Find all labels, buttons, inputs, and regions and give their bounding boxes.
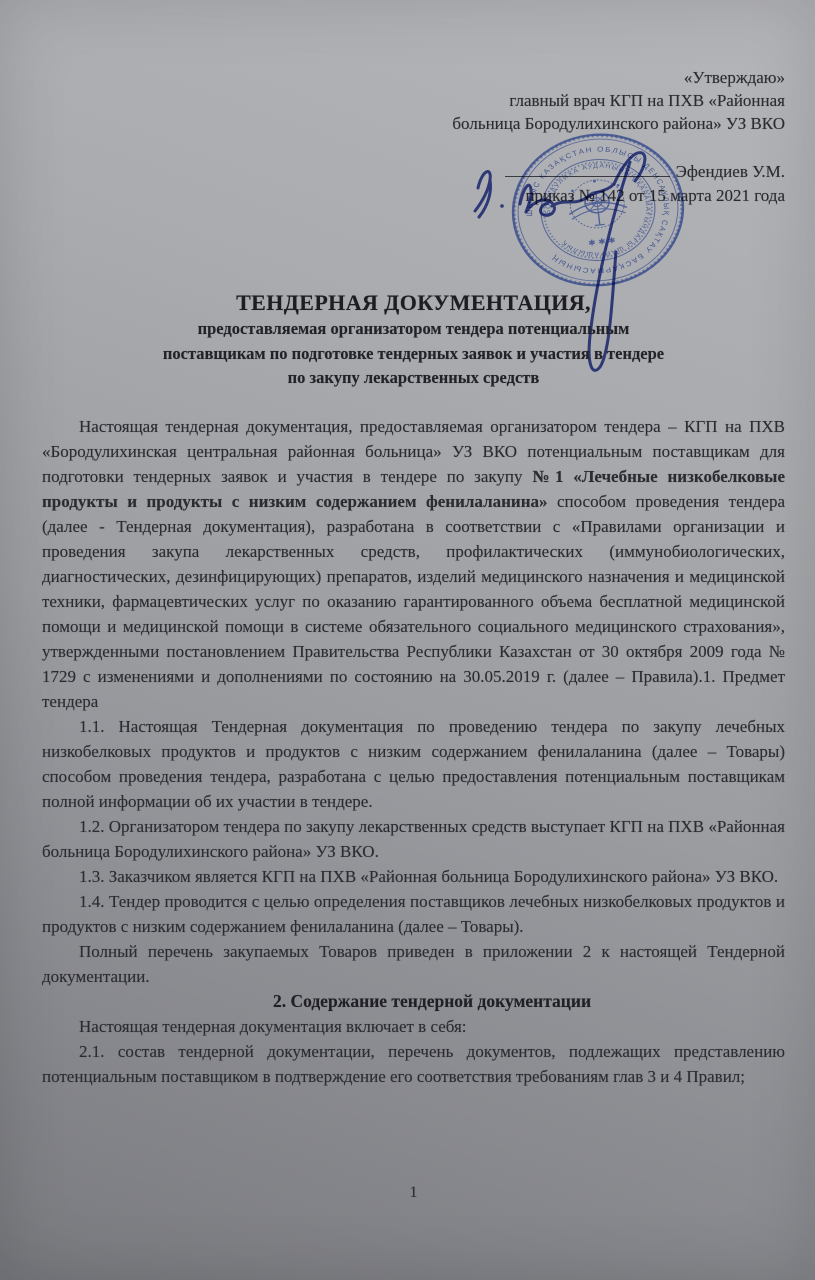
paragraph-full-list: Полный перечень закупаемых Товаров приве…: [42, 939, 785, 989]
approver-line-1: главный врач КГП на ПХВ «Районная: [355, 89, 785, 112]
paragraph-1-3: 1.3. Заказчиком является КГП на ПХВ «Рай…: [42, 864, 785, 889]
paragraph-2-1: 2.1. состав тендерной документации, пере…: [42, 1039, 785, 1089]
paragraph-includes: Настоящая тендерная документация включае…: [42, 1014, 785, 1039]
paragraph-1-1: 1.1. Настоящая Тендерная документация по…: [42, 714, 785, 814]
section-2-heading: 2. Содержание тендерной документации: [42, 989, 785, 1014]
title-subtitle-2: поставщикам по подготовке тендерных заяв…: [42, 342, 785, 367]
title-subtitle-1: предоставляемая организатором тендера по…: [42, 317, 785, 342]
paragraph-1-2: 1.2. Организатором тендера по закупу лек…: [42, 814, 785, 864]
title-subtitle-3: по закупу лекарственных средств: [42, 366, 785, 391]
page-number: 1: [42, 1184, 785, 1202]
approval-label: «Утверждаю»: [355, 66, 785, 89]
title-block: ТЕНДЕРНАЯ ДОКУМЕНТАЦИЯ, предоставляемая …: [42, 289, 785, 391]
paragraph-intro: Настоящая тендерная документация, предос…: [42, 414, 785, 714]
paragraph-1-4: 1.4. Тендер проводится с целью определен…: [42, 889, 785, 939]
intro-run-3: способом проведения тендера (далее - Тен…: [42, 492, 785, 711]
document-title: ТЕНДЕРНАЯ ДОКУМЕНТАЦИЯ,: [42, 289, 785, 317]
document-page: «Утверждаю» главный врач КГП на ПХВ «Рай…: [0, 0, 815, 1280]
document-body: Настоящая тендерная документация, предос…: [42, 414, 785, 1089]
